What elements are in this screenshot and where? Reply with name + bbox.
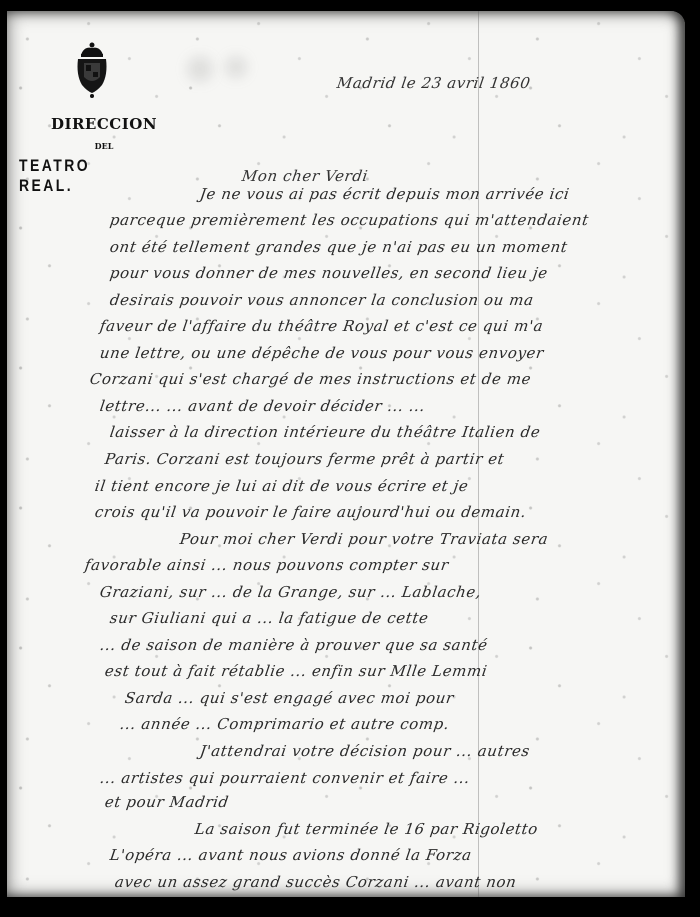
handwritten-line: une lettre, ou une dépêche de vous pour …	[99, 344, 545, 362]
handwritten-line: lettre... ... avant de devoir décider ..…	[99, 397, 427, 415]
letterhead-del: DEL	[31, 141, 177, 151]
handwritten-line: est tout à fait rétablie ... enfin sur M…	[104, 662, 489, 680]
handwritten-line: sur Giuliani qui a ... la fatigue de cet…	[109, 609, 430, 627]
handwritten-line: et pour Madrid	[104, 793, 230, 811]
handwritten-line: Corzani qui s'est chargé de mes instruct…	[89, 370, 533, 388]
handwritten-line: J'attendrai votre décision pour ... autr…	[199, 742, 531, 760]
handwritten-line: Sarda ... qui s'est engagé avec moi pour	[124, 689, 455, 707]
handwritten-line: L'opéra ... avant nous avions donné la F…	[109, 846, 473, 864]
letterhead-direccion: DIRECCION	[31, 115, 177, 133]
handwritten-line: favorable ainsi ... nous pouvons compter…	[84, 556, 450, 574]
handwritten-line: il tient encore je lui ai dit de vous éc…	[94, 477, 470, 495]
salutation: Mon cher Verdi	[241, 167, 370, 185]
handwritten-line: laisser à la direction intérieure du thé…	[109, 423, 542, 441]
handwritten-line: parceque premièrement les occupations qu…	[109, 211, 590, 229]
handwritten-line: faveur de l'affaire du théâtre Royal et …	[99, 317, 545, 335]
handwritten-line: Paris. Corzani est toujours ferme prêt à…	[104, 450, 506, 468]
handwritten-line: crois qu'il va pouvoir le faire aujourd'…	[94, 503, 528, 521]
ink-stain	[187, 56, 213, 82]
handwritten-line: ... artistes qui pourraient convenir et …	[99, 769, 471, 787]
handwritten-line: Graziani, sur ... de la Grange, sur ... …	[99, 583, 483, 601]
handwritten-line: avec un assez grand succès Corzani ... a…	[114, 873, 518, 891]
handwritten-line: ... année ... Comprimario et autre comp.	[119, 715, 451, 733]
date-line: Madrid le 23 avril 1860	[336, 74, 532, 92]
handwritten-line: La saison fut terminée le 16 par Rigolet…	[194, 820, 540, 838]
handwritten-line: pour vous donner de mes nouvelles, en se…	[109, 264, 549, 282]
letterhead-teatro-real: TEATRO REAL.	[19, 156, 149, 196]
ink-stain	[225, 56, 247, 78]
letter-page: DIRECCION DEL TEATRO REAL. Madrid le 23 …	[7, 11, 685, 897]
handwritten-line: Pour moi cher Verdi pour votre Traviata …	[179, 530, 550, 548]
handwritten-line: ... de saison de manière à prouver que s…	[99, 636, 489, 654]
handwritten-line: Je ne vous ai pas écrit depuis mon arriv…	[199, 185, 571, 203]
handwritten-line: desirais pouvoir vous annoncer la conclu…	[109, 291, 535, 309]
letterhead: DIRECCION DEL TEATRO REAL.	[7, 41, 177, 196]
royal-crest-icon	[72, 41, 112, 99]
handwritten-line: ont été tellement grandes que je n'ai pa…	[109, 238, 569, 256]
